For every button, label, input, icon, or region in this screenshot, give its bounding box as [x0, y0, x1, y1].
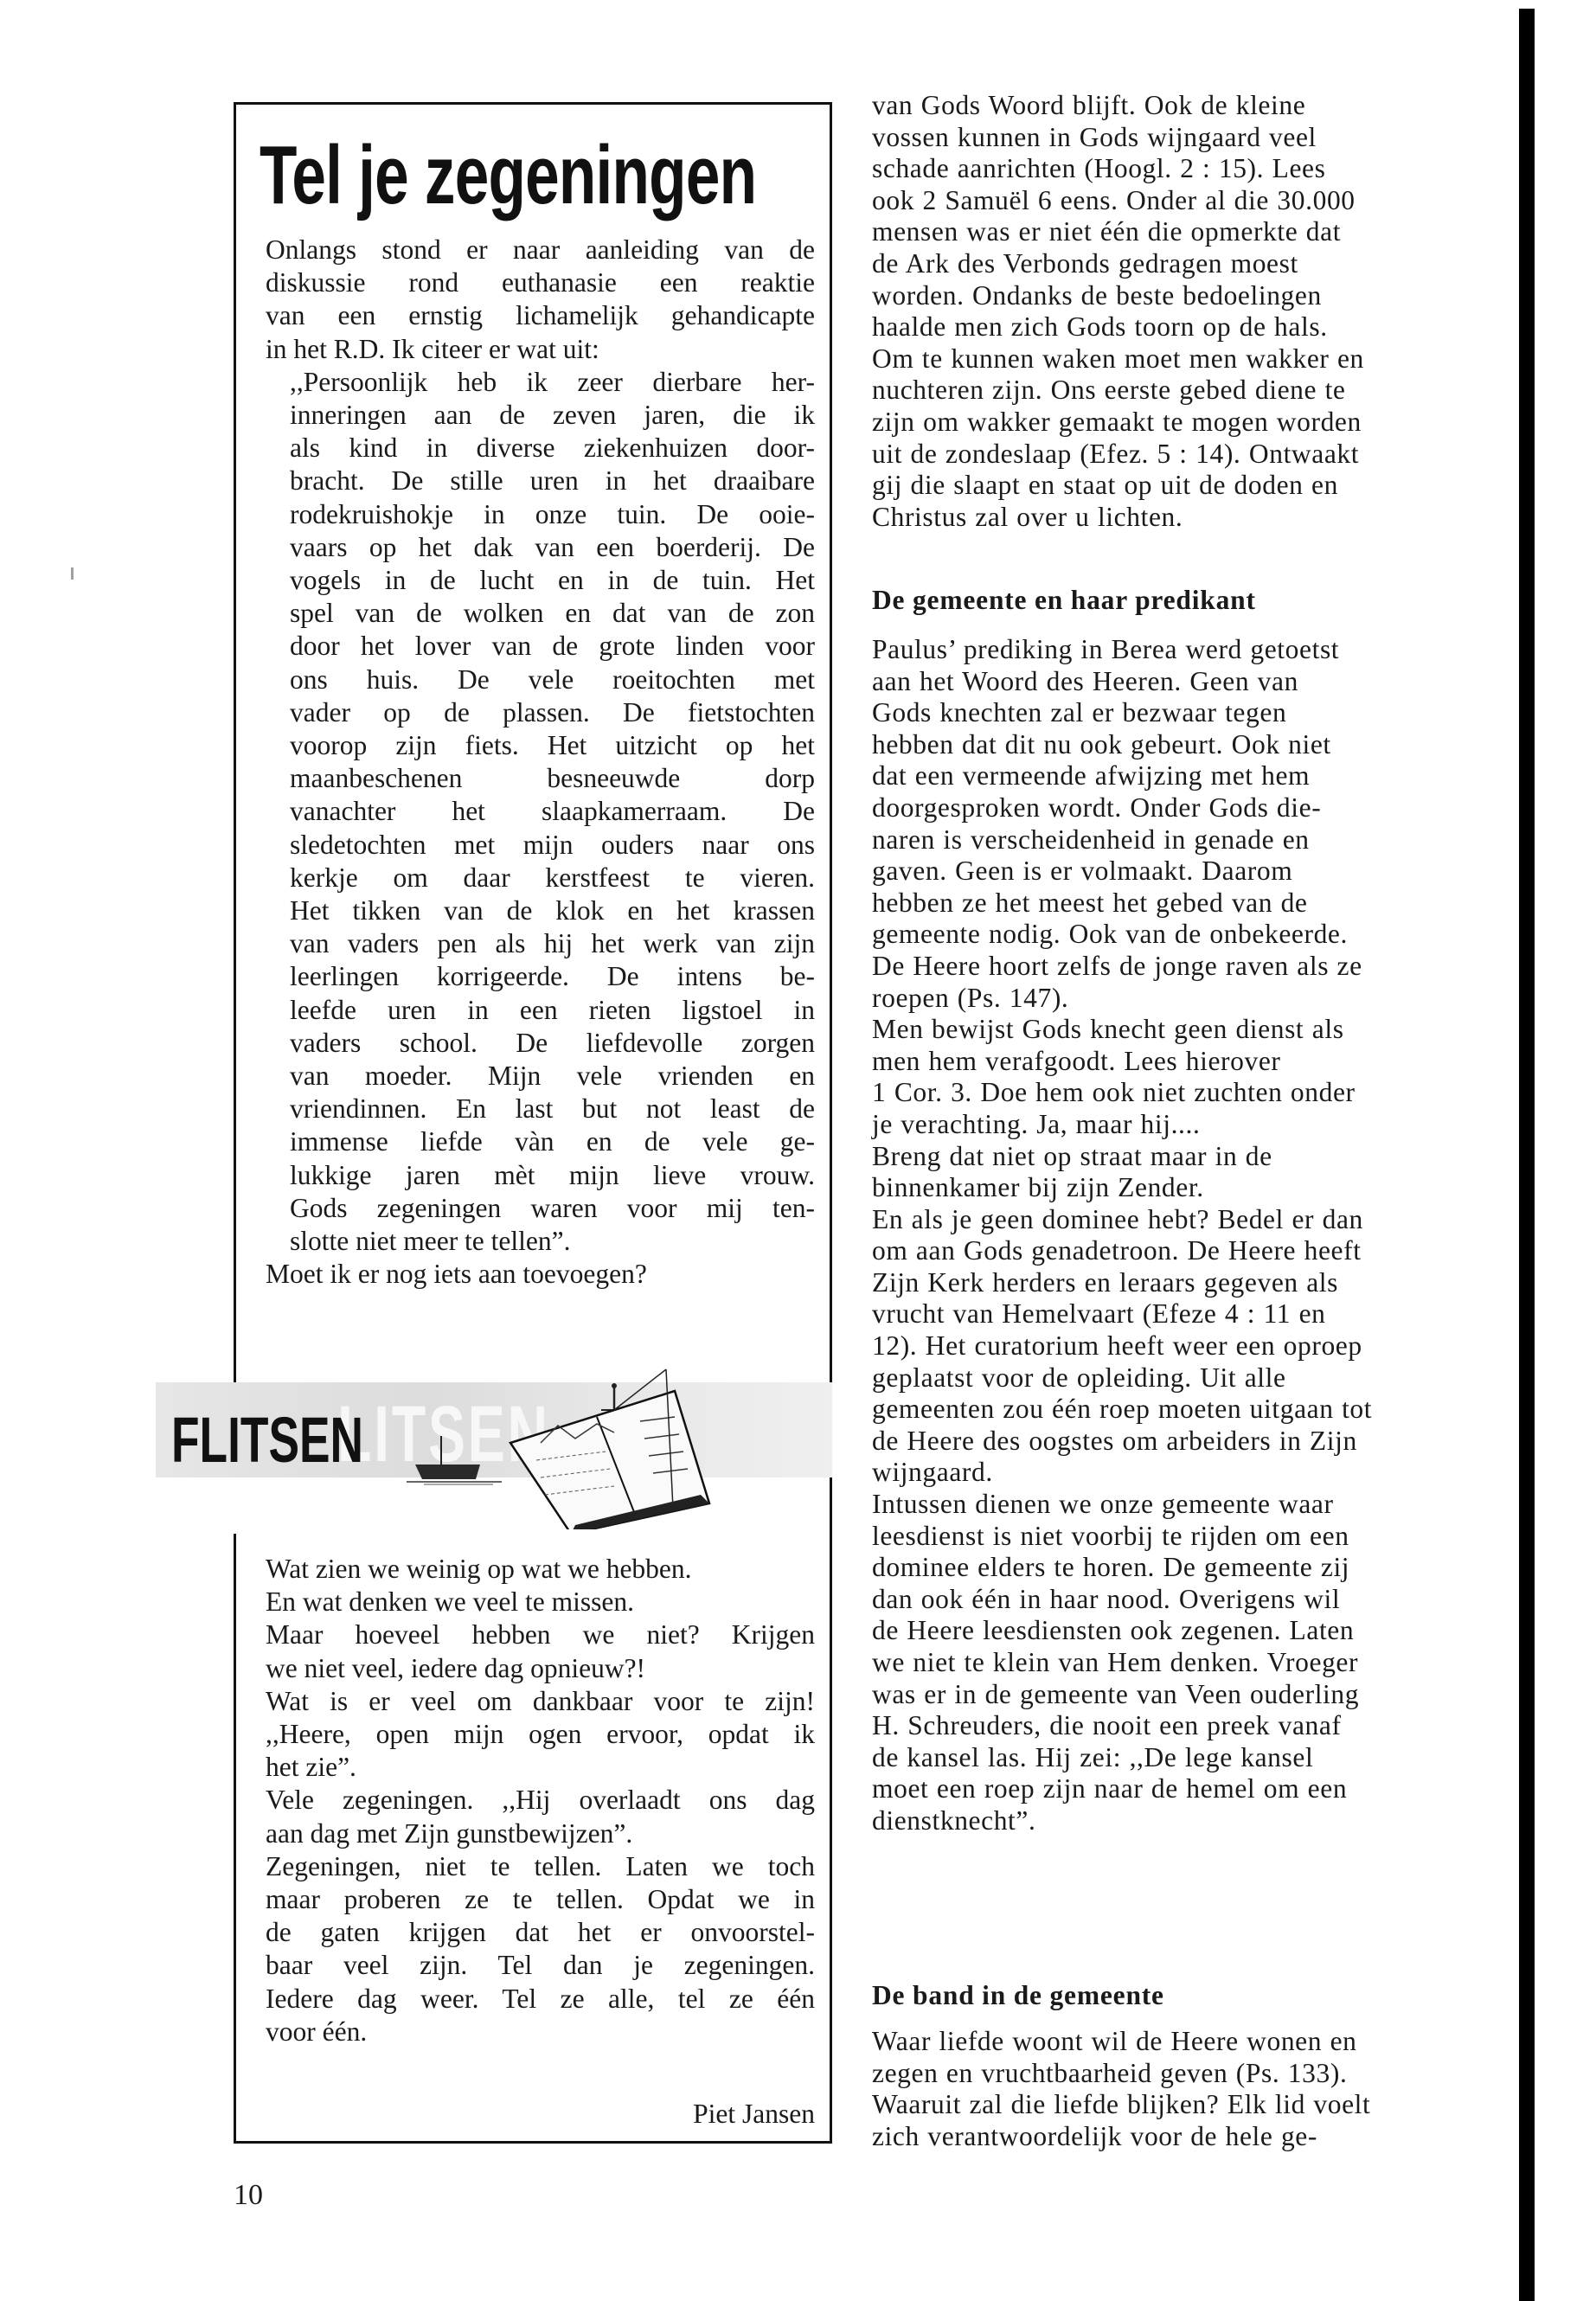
text-line: zijn om wakker gemaakt te mogen worden: [872, 407, 1495, 439]
text-line: Zijn Kerk herders en leraars gegeven als: [872, 1267, 1495, 1299]
text-line: ook 2 Samuël 6 eens. Onder al die 30.000: [872, 185, 1495, 217]
text-line: voorop zijn fiets. Het uitzicht op het: [290, 729, 815, 762]
text-line: Men bewijst Gods knecht geen dienst als: [872, 1014, 1495, 1046]
text-line: nuchteren zijn. Ons eerste gebed diene t…: [872, 375, 1495, 407]
text-line: dominee elders te horen. De gemeente zij: [872, 1552, 1495, 1584]
text-line: slotte niet meer te tellen”.: [290, 1225, 815, 1258]
author-signature: Piet Jansen: [266, 2098, 815, 2131]
open-book-ship-illustration-icon: [398, 1356, 804, 1529]
text-line: zich verantwoordelijk voor de hele ge-: [872, 2121, 1495, 2153]
text-line: bracht. De stille uren in het draaibare: [290, 465, 815, 497]
flitsen-label: FLITSEN: [171, 1408, 363, 1472]
text-line: het zie”.: [266, 1751, 815, 1784]
text-line: haalde men zich Gods toorn op de hals.: [872, 311, 1495, 343]
section-heading-predikant: De gemeente en haar predikant: [872, 585, 1256, 616]
text-line: worden. Ondanks de beste bedoelingen: [872, 280, 1495, 312]
text-line: Intussen dienen we onze gemeente waar: [872, 1489, 1495, 1521]
text-line: En wat denken we veel te missen.: [266, 1586, 815, 1618]
text-line: de Ark des Verbonds gedragen moest: [872, 248, 1495, 280]
text-line: door het lover van de grote linden voor: [290, 630, 815, 663]
text-line: zegen en vruchtbaarheid geven (Ps. 133).: [872, 2058, 1495, 2090]
text-line: van vaders pen als hij het werk van zijn: [290, 927, 815, 960]
text-line: baar veel zijn. Tel dan je zegeningen.: [266, 1949, 815, 1982]
text-line: roepen (Ps. 147).: [872, 983, 1495, 1015]
text-line: we niet te klein van Hem denken. Vroeger: [872, 1647, 1495, 1679]
text-line: je verachting. Ja, maar hij....: [872, 1109, 1495, 1141]
text-line: doorgesproken wordt. Onder Gods die-: [872, 792, 1495, 824]
text-line: de Heere leesdiensten ook zegenen. Laten: [872, 1615, 1495, 1647]
article-body-bottom: Wat zien we weinig op wat we hebben. En …: [266, 1553, 815, 2048]
text-line: was er in de gemeente van Veen ouderling: [872, 1679, 1495, 1711]
text-line: Iedere dag weer. Tel ze alle, tel ze één: [266, 1983, 815, 2016]
text-line: ons huis. De vele roeitochten met: [290, 663, 815, 696]
text-line: ,,Persoonlijk heb ik zeer dierbare her-: [290, 366, 815, 399]
text-line: dat een vermeende afwijzing met hem: [872, 760, 1495, 792]
text-line: immense liefde vàn en de vele ge-: [290, 1125, 815, 1158]
text-line: hebben dat dit nu ook gebeurt. Ook niet: [872, 729, 1495, 761]
text-line: vader op de plassen. De fietstochten: [290, 696, 815, 729]
text-line: Vele zegeningen. ,,Hij overlaadt ons dag: [266, 1784, 815, 1817]
text-line: Maar hoeveel hebben we niet? Krijgen: [266, 1618, 815, 1651]
text-line: aan het Woord des Heeren. Geen van: [872, 666, 1495, 698]
text-line: sledetochten met mijn ouders naar ons: [290, 829, 815, 862]
text-line: van een ernstig lichamelijk gehandicapte: [266, 299, 815, 332]
text-line: H. Schreuders, die nooit een preek vanaf: [872, 1710, 1495, 1742]
text-line: diskussie rond euthanasie een reaktie: [266, 266, 815, 299]
text-line: ,,Heere, open mijn ogen ervoor, opdat ik: [266, 1718, 815, 1751]
text-line: hebben ze het meest het gebed van de: [872, 888, 1495, 920]
article-body-top: Onlangs stond er naar aanleiding van de …: [266, 234, 815, 1292]
text-line: maanbeschenen besneeuwde dorp: [290, 762, 815, 795]
text-line: inneringen aan de zeven jaren, die ik: [290, 399, 815, 432]
text-line: om aan Gods genadetroon. De Heere heeft: [872, 1235, 1495, 1267]
closing-paragraph: Wat zien we weinig op wat we hebben. En …: [266, 1553, 815, 2048]
text-line: moet een roep zijn naar de hemel om een: [872, 1773, 1495, 1805]
text-line: Waaruit zal die liefde blijken? Elk lid …: [872, 2089, 1495, 2121]
text-line: de gaten krijgen dat het er onvoorstel-: [266, 1916, 815, 1949]
magazine-page: Tel je zegeningen Onlangs stond er naar …: [0, 0, 1596, 2301]
text-line: rodekruishokje in onze tuin. De ooie-: [290, 498, 815, 531]
text-line: de Heere des oogstes om arbeiders in Zij…: [872, 1426, 1495, 1458]
text-line: leerlingen korrigeerde. De intens be-: [290, 960, 815, 993]
text-line: Gods knechten zal er bezwaar tegen: [872, 697, 1495, 729]
text-line: gaven. Geen is er volmaakt. Daarom: [872, 856, 1495, 888]
text-line: vanachter het slaapkamerraam. De: [290, 795, 815, 828]
text-line: Gods zegeningen waren voor mij ten-: [290, 1192, 815, 1225]
after-quote-line: Moet ik er nog iets aan toevoegen?: [266, 1258, 815, 1291]
text-line: leefde uren in een rieten ligstoel in: [290, 994, 815, 1027]
text-line: Paulus’ prediking in Berea werd getoetst: [872, 634, 1495, 666]
text-line: vrucht van Hemelvaart (Efeze 4 : 11 en: [872, 1298, 1495, 1330]
page-edge-bar: [1519, 9, 1535, 2301]
text-line: En als je geen dominee hebt? Bedel er da…: [872, 1204, 1495, 1236]
right-column-block-3: Waar liefde woont wil de Heere wonen en …: [872, 2026, 1495, 2152]
text-line: Het tikken van de klok en het krassen: [290, 894, 815, 927]
text-line: men hem verafgoodt. Lees hierover: [872, 1046, 1495, 1078]
text-line: dan ook één in haar nood. Overigens wil: [872, 1584, 1495, 1616]
text-line: Onlangs stond er naar aanleiding van de: [266, 234, 815, 266]
text-line: uit de zondeslaap (Efez. 5 : 14). Ontwaa…: [872, 439, 1495, 471]
text-line: spel van de wolken en dat van de zon: [290, 597, 815, 630]
text-line: 12). Het curatorium heeft weer een oproe…: [872, 1330, 1495, 1362]
text-line: Zegeningen, niet te tellen. Laten we toc…: [266, 1850, 815, 1883]
text-line: voor één.: [266, 2016, 815, 2048]
text-line: vriendinnen. En last but not least de: [290, 1093, 815, 1125]
text-line: als kind in diverse ziekenhuizen door-: [290, 432, 815, 465]
text-line: mensen was er niet één die opmerkte dat: [872, 216, 1495, 248]
text-line: in het R.D. Ik citeer er wat uit:: [266, 333, 815, 366]
text-line: 1 Cor. 3. Doe hem ook niet zuchten onder: [872, 1077, 1495, 1109]
scan-artifact: [71, 567, 74, 580]
text-line: naren is verscheidenheid in genade en: [872, 824, 1495, 856]
text-line: maar proberen ze te tellen. Opdat we in: [266, 1883, 815, 1916]
text-line: van Gods Woord blijft. Ook de kleine: [872, 90, 1495, 122]
text-line: vaars op het dak van een boerderij. De: [290, 531, 815, 564]
text-line: van moeder. Mijn vele vrienden en: [290, 1060, 815, 1093]
text-line: vaders school. De liefdevolle zorgen: [290, 1027, 815, 1060]
text-line: lukkige jaren mèt mijn lieve vrouw.: [290, 1159, 815, 1192]
text-line: Waar liefde woont wil de Heere wonen en: [872, 2026, 1495, 2058]
text-line: vossen kunnen in Gods wijngaard veel: [872, 122, 1495, 154]
text-line: vogels in de lucht en in de tuin. Het: [290, 564, 815, 597]
text-line: leesdienst is niet voorbij te rijden om …: [872, 1521, 1495, 1553]
text-line: geplaatst voor de opleiding. Uit alle: [872, 1362, 1495, 1394]
quote-paragraph: ,,Persoonlijk heb ik zeer dierbare her- …: [266, 366, 815, 1258]
text-line: de kansel las. Hij zei: ,,De lege kansel: [872, 1742, 1495, 1774]
section-heading-band: De band in de gemeente: [872, 1980, 1164, 2011]
right-column-block-1: van Gods Woord blijft. Ook de kleine vos…: [872, 90, 1495, 533]
text-line: dienstknecht”.: [872, 1805, 1495, 1837]
text-line: aan dag met Zijn gunstbewijzen”.: [266, 1817, 815, 1850]
intro-paragraph: Onlangs stond er naar aanleiding van de …: [266, 234, 815, 366]
text-line: Om te kunnen waken moet men wakker en: [872, 343, 1495, 375]
text-line: Wat zien we weinig op wat we hebben.: [266, 1553, 815, 1586]
text-line: Christus zal over u lichten.: [872, 502, 1495, 534]
text-line: gemeente nodig. Ook van de onbekeerde.: [872, 919, 1495, 951]
text-line: kerkje om daar kerstfeest te vieren.: [290, 862, 815, 894]
page-number: 10: [234, 2178, 263, 2213]
text-line: Breng dat niet op straat maar in de: [872, 1141, 1495, 1173]
text-line: De Heere hoort zelfs de jonge raven als …: [872, 951, 1495, 983]
text-line: schade aanrichten (Hoogl. 2 : 15). Lees: [872, 153, 1495, 185]
right-column-block-2: Paulus’ prediking in Berea werd getoetst…: [872, 634, 1495, 1837]
text-line: gemeenten zou één roep moeten uitgaan to…: [872, 1394, 1495, 1426]
text-line: binnenkamer bij zijn Zender.: [872, 1172, 1495, 1204]
text-line: wijngaard.: [872, 1457, 1495, 1489]
text-line: Wat is er veel om dankbaar voor te zijn!: [266, 1685, 815, 1718]
article-title: Tel je zegeningen: [260, 128, 670, 223]
text-line: we niet veel, iedere dag opnieuw?!: [266, 1652, 815, 1685]
text-line: gij die slaapt en staat op uit de doden …: [872, 470, 1495, 502]
